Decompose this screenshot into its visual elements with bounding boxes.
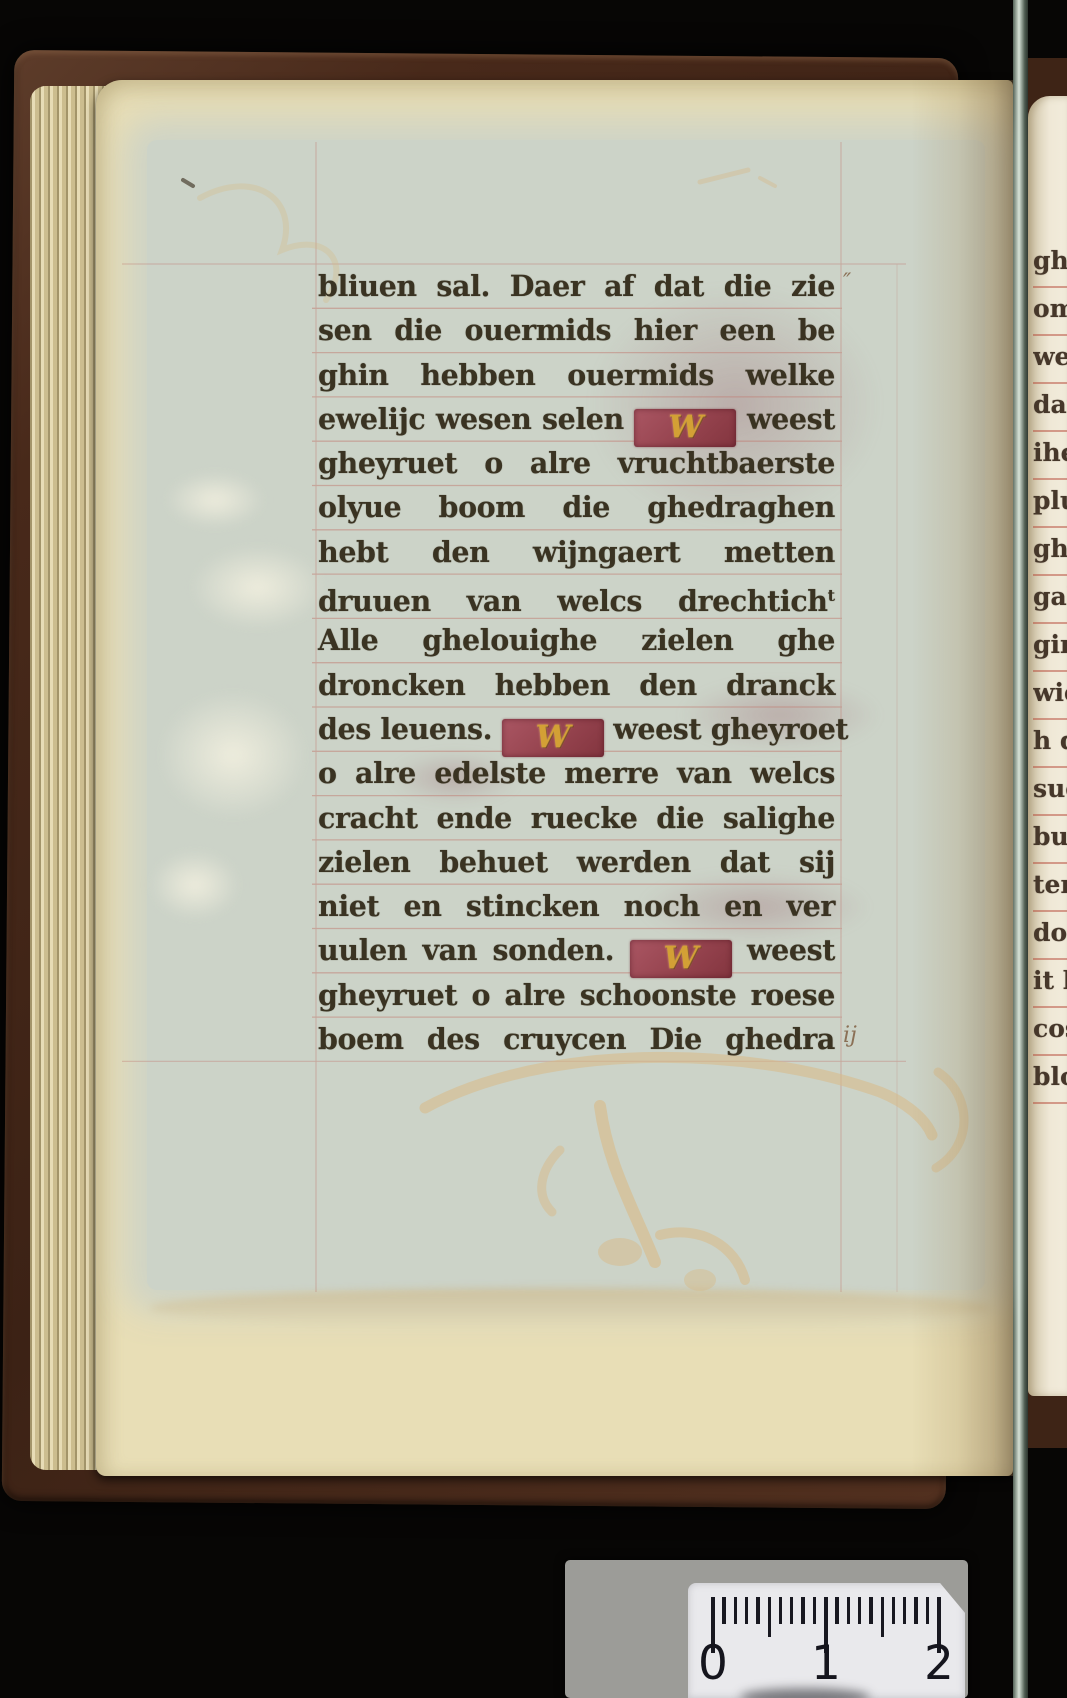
gutter-shadow: [912, 80, 1013, 1476]
ruler-tick: [835, 1597, 838, 1624]
ruler-tick: [790, 1597, 793, 1624]
line-filler-mark: ij: [843, 1023, 857, 1048]
manuscript-text-block: bliuen sal. Daer af dat die ziesen die o…: [318, 264, 835, 1061]
pale-stain: [150, 850, 240, 920]
line-text: ewelijc wesen selen: [318, 402, 624, 436]
line-filler-mark: ″: [843, 270, 851, 295]
facing-page-text-fragment: dom z: [1033, 918, 1067, 960]
facing-page-text-fragment: h de: [1033, 726, 1067, 768]
ruler-tick: [745, 1597, 748, 1624]
ruler-tick: [892, 1597, 895, 1624]
pale-stain: [158, 690, 308, 820]
manuscript-line: Alle ghelouighe zielen ghe: [318, 618, 835, 662]
line-text: olyue boom die ghedraghen: [318, 490, 835, 524]
manuscript-line: sen die ouermids hier een be: [318, 308, 835, 352]
manuscript-line: gheyruet o alre vruchtbaerste: [318, 441, 835, 485]
line-text: zielen behuet werden dat sij: [318, 845, 835, 879]
facing-page-text-fragment: bloer: [1033, 1062, 1067, 1104]
line-text: weest: [747, 402, 835, 436]
facing-page-text-fragment: dar: [1033, 390, 1067, 432]
line-text: hebt den wijngaert metten: [318, 535, 835, 569]
manuscript-line: droncken hebben den dranck: [318, 663, 835, 707]
manuscript-line: zielen behuet werden dat sij: [318, 840, 835, 884]
line-text: weest gheyroet: [613, 712, 848, 746]
manuscript-line: olyue boom die ghedraghen: [318, 485, 835, 529]
manuscript-line: druuen van welcs drechticht: [318, 574, 835, 618]
facing-page-text-fragment: ghe: [1033, 246, 1067, 288]
manuscript-line: bliuen sal. Daer af dat die zie: [318, 264, 835, 308]
manuscript-line: ghin hebben ouermids welke: [318, 353, 835, 397]
bottom-margin-stain: [150, 1288, 990, 1328]
line-text: Alle ghelouighe zielen ghe: [318, 623, 835, 657]
ruler-tick: [926, 1597, 929, 1624]
facing-page-text-fragment: ghe l: [1033, 534, 1067, 576]
manuscript-line: o alre edelste merre van welcs: [318, 751, 835, 795]
manuscript-line: hebt den wijngaert metten: [318, 530, 835, 574]
superscript-letter: t: [828, 586, 835, 605]
ruler-tick: [722, 1597, 725, 1624]
facing-page-text-fragment: tende: [1033, 870, 1067, 912]
ruler-tick: [847, 1597, 850, 1624]
line-text: weest: [747, 933, 835, 967]
line-text: droncken hebben den dranck: [318, 668, 835, 702]
pale-stain: [165, 472, 265, 528]
ruler-label: 1: [796, 1636, 856, 1691]
facing-page-text-fragment: gima: [1033, 630, 1067, 672]
line-text: niet en stincken noch en ver: [318, 889, 835, 923]
facing-page-text-fragment: sueti: [1033, 774, 1067, 816]
line-text: cracht ende ruecke die salighe: [318, 801, 835, 835]
facing-page-text-fragment: coseli: [1033, 1014, 1067, 1056]
facing-page-text-fragment: om: [1033, 294, 1067, 336]
line-text: bliuen sal. Daer af dat die zie: [318, 269, 835, 303]
manuscript-line: ewelijc wesen selen W weest: [318, 397, 835, 441]
ruler-tick: [768, 1597, 771, 1637]
line-text: gheyruet o alre schoonste roese: [318, 978, 835, 1012]
pale-stain: [190, 545, 325, 630]
manuscript-line: niet en stincken noch en ver: [318, 884, 835, 928]
line-text: druuen van welcs drechtich: [318, 584, 828, 618]
ruler-label: 0: [683, 1636, 743, 1691]
manuscript-line: des leuens. W weest gheyroet: [318, 707, 835, 751]
ruler-tick: [734, 1597, 737, 1624]
ruler-tick: [914, 1597, 917, 1624]
manuscript-line: cracht ende ruecke die salighe: [318, 796, 835, 840]
line-text: ghin hebben ouermids welke: [318, 358, 835, 392]
manuscript-line: uulen van sonden. W weest: [318, 928, 835, 972]
facing-page-text-fragment: butte: [1033, 822, 1067, 864]
ruler-tick: [756, 1597, 759, 1624]
ruler-tick: [779, 1597, 782, 1624]
ruler-tick: [858, 1597, 861, 1624]
glass-cradle-edge: [1013, 0, 1028, 1698]
facing-page-sliver: gheomwe ddarihesplughe lgalcgimawiebh de…: [1028, 96, 1067, 1396]
facing-page-text-fragment: we d: [1033, 342, 1067, 384]
line-text: uulen van sonden.: [318, 933, 614, 967]
line-text: o alre edelste merre van welcs: [318, 756, 835, 790]
facing-page-text-fragment: galc: [1033, 582, 1067, 624]
line-text: sen die ouermids hier een be: [318, 313, 835, 347]
manuscript-line: gheyruet o alre schoonste roese: [318, 973, 835, 1017]
ruler-tick: [813, 1597, 816, 1624]
line-text: boem des cruycen Die ghedra: [318, 1022, 835, 1056]
manuscript-line: boem des cruycen Die ghedra: [318, 1017, 835, 1061]
ruler-tick: [869, 1597, 872, 1624]
ruler-tick: [903, 1597, 906, 1624]
ruler-tick: [801, 1597, 804, 1624]
line-text: gheyruet o alre vruchtbaerste: [318, 446, 835, 480]
line-text: des leuens.: [318, 712, 492, 746]
facing-page-text-fragment: plu: [1033, 486, 1067, 528]
ruler-tick: [881, 1597, 884, 1637]
facing-page-text-fragment: it heb: [1033, 966, 1067, 1008]
photograph-stage: bliuen sal. Daer af dat die ziesen die o…: [0, 0, 1067, 1698]
ruler-label: 2: [909, 1636, 969, 1691]
facing-page-text-fragment: wieb: [1033, 678, 1067, 720]
facing-page-text-fragment: ihes: [1033, 438, 1067, 480]
